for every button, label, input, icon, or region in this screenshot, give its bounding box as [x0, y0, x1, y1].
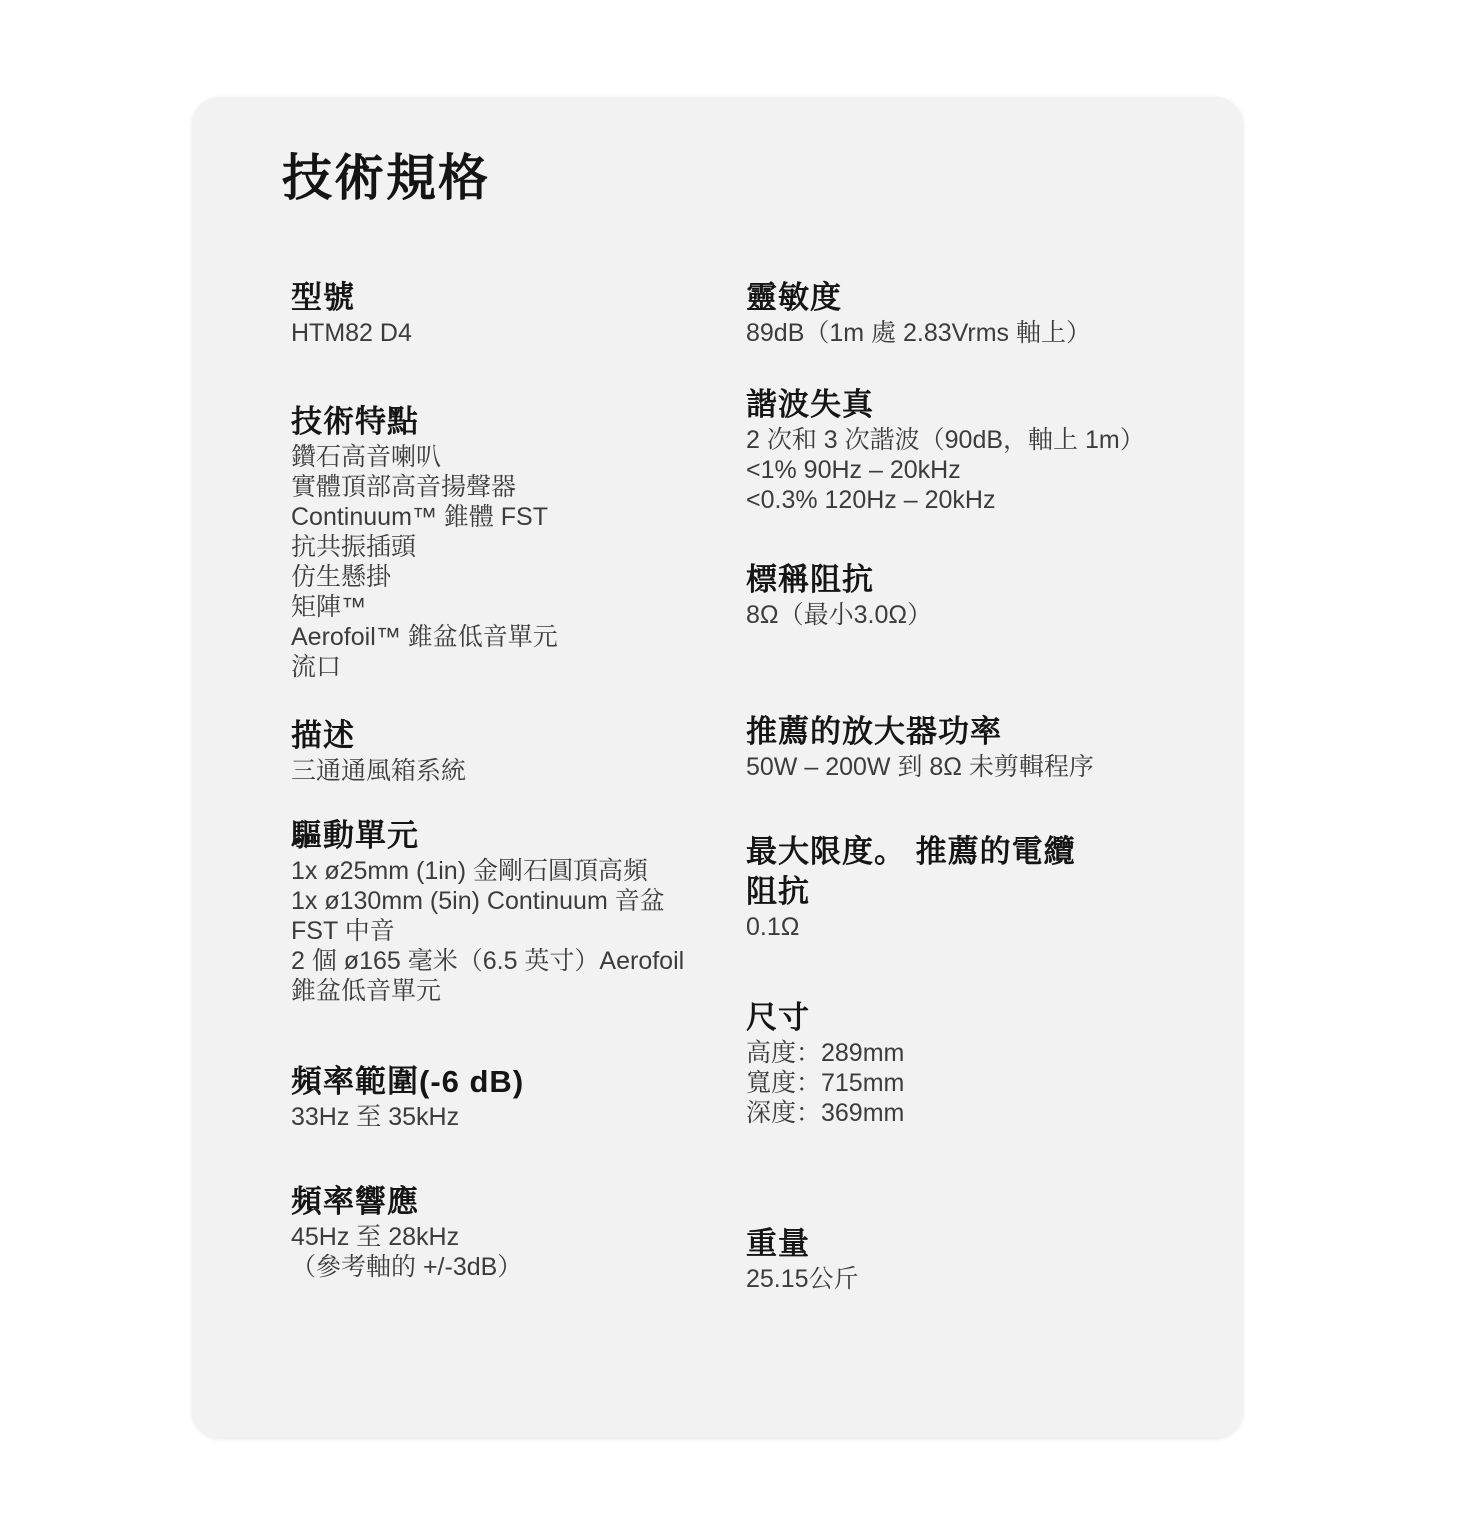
spec-section-lines: 89dB（1m 處 2.83Vrms 軸上）: [746, 318, 1141, 348]
spec-line: 仿生懸掛: [291, 562, 746, 592]
spec-line: HTM82 D4: [291, 318, 746, 348]
spec-line: 25.15公斤: [746, 1264, 1141, 1294]
spec-section: 靈敏度 89dB（1m 處 2.83Vrms 軸上）: [746, 278, 1141, 348]
spec-section-lines: 45Hz 至 28kHz（參考軸的 +/-3dB）: [291, 1222, 746, 1282]
spec-line: 高度：289mm: [746, 1038, 1141, 1068]
spec-section: 重量 25.15公斤: [746, 1224, 1141, 1294]
spec-section: 推薦的放大器功率 50W – 200W 到 8Ω 未剪輯程序: [746, 712, 1141, 782]
spec-section-lines: 1x ø25mm (1in) 金剛石圓頂高頻1x ø130mm (5in) Co…: [291, 856, 746, 1006]
spec-line: FST 中音: [291, 916, 746, 946]
spec-section-heading: 靈敏度: [746, 278, 1141, 318]
spec-section: 技術特點 鑽石高音喇叭實體頂部高音揚聲器Continuum™ 錐體 FST抗共振…: [291, 402, 746, 682]
spec-section: 尺寸 高度：289mm寬度：715mm深度：369mm: [746, 998, 1141, 1128]
spec-section-heading: 推薦的放大器功率: [746, 712, 1141, 752]
spec-line: 0.1Ω: [746, 912, 1141, 942]
spec-section: 標稱阻抗 8Ω（最小3.0Ω）: [746, 560, 1141, 630]
spec-section-heading: 諧波失真: [746, 385, 1141, 425]
spec-section-heading: 型號: [291, 278, 746, 318]
spec-line: 矩陣™: [291, 592, 746, 622]
spec-line: 50W – 200W 到 8Ω 未剪輯程序: [746, 752, 1141, 782]
spec-section-lines: 50W – 200W 到 8Ω 未剪輯程序: [746, 752, 1141, 782]
spec-section-heading: 驅動單元: [291, 816, 746, 856]
spec-line: 89dB（1m 處 2.83Vrms 軸上）: [746, 318, 1141, 348]
spec-line: 深度：369mm: [746, 1098, 1141, 1128]
spec-section-lines: HTM82 D4: [291, 318, 746, 348]
spec-line: 8Ω（最小3.0Ω）: [746, 600, 1141, 630]
spec-column-left: 型號 HTM82 D4 技術特點 鑽石高音喇叭實體頂部高音揚聲器Continuu…: [282, 278, 746, 1294]
spec-line: <0.3% 120Hz – 20kHz: [746, 485, 1141, 515]
spec-section-heading: 頻率範圍(-6 dB): [291, 1062, 746, 1102]
spec-section: 諧波失真 2 次和 3 次諧波（90dB，軸上 1m）<1% 90Hz – 20…: [746, 385, 1141, 515]
spec-section-lines: 三通通風箱系統: [291, 756, 746, 786]
spec-section: 頻率範圍(-6 dB) 33Hz 至 35kHz: [291, 1062, 746, 1132]
spec-line: （參考軸的 +/-3dB）: [291, 1252, 746, 1282]
spec-section-heading: 技術特點: [291, 402, 746, 442]
spec-line: 33Hz 至 35kHz: [291, 1102, 746, 1132]
spec-line: 鑽石高音喇叭: [291, 442, 746, 472]
spec-section-heading: 描述: [291, 716, 746, 756]
spec-line: 寬度：715mm: [746, 1068, 1141, 1098]
page-title: 技術規格: [282, 147, 1203, 209]
spec-section-heading: 頻率響應: [291, 1182, 746, 1222]
tech-specs-card: 技術規格 型號 HTM82 D4 技術特點 鑽石高音喇叭實體頂部高音揚聲器Con…: [192, 97, 1243, 1438]
spec-line: Continuum™ 錐體 FST: [291, 502, 746, 532]
spec-section-lines: 8Ω（最小3.0Ω）: [746, 600, 1141, 630]
spec-column-right: 靈敏度 89dB（1m 處 2.83Vrms 軸上） 諧波失真 2 次和 3 次…: [746, 278, 1141, 1294]
spec-section: 驅動單元 1x ø25mm (1in) 金剛石圓頂高頻1x ø130mm (5i…: [291, 816, 746, 1006]
spec-line: 抗共振插頭: [291, 532, 746, 562]
spec-line: 1x ø130mm (5in) Continuum 音盆: [291, 886, 746, 916]
spec-line: Aerofoil™ 錐盆低音單元: [291, 622, 746, 652]
spec-line: 2 個 ø165 毫米（6.5 英寸）Aerofoil: [291, 946, 746, 976]
spec-section-heading: 尺寸: [746, 998, 1141, 1038]
spec-line: 實體頂部高音揚聲器: [291, 472, 746, 502]
spec-section-lines: 33Hz 至 35kHz: [291, 1102, 746, 1132]
spec-line: 流口: [291, 652, 746, 682]
spec-line: 錐盆低音單元: [291, 976, 746, 1006]
spec-section-heading: 重量: [746, 1224, 1141, 1264]
spec-line: 1x ø25mm (1in) 金剛石圓頂高頻: [291, 856, 746, 886]
spec-line: <1% 90Hz – 20kHz: [746, 455, 1141, 485]
spec-section: 最大限度。 推薦的電纜 阻抗 0.1Ω: [746, 832, 1141, 942]
spec-section: 描述 三通通風箱系統: [291, 716, 746, 786]
spec-section-heading: 標稱阻抗: [746, 560, 1141, 600]
spec-section-heading: 最大限度。 推薦的電纜 阻抗: [746, 832, 1141, 912]
spec-section-lines: 25.15公斤: [746, 1264, 1141, 1294]
spec-section-lines: 2 次和 3 次諧波（90dB，軸上 1m）<1% 90Hz – 20kHz<0…: [746, 425, 1141, 515]
spec-columns: 型號 HTM82 D4 技術特點 鑽石高音喇叭實體頂部高音揚聲器Continuu…: [282, 278, 1203, 1294]
spec-section-lines: 0.1Ω: [746, 912, 1141, 942]
spec-line: 2 次和 3 次諧波（90dB，軸上 1m）: [746, 425, 1141, 455]
spec-section-lines: 高度：289mm寬度：715mm深度：369mm: [746, 1038, 1141, 1128]
spec-section: 頻率響應 45Hz 至 28kHz（參考軸的 +/-3dB）: [291, 1182, 746, 1282]
spec-line: 45Hz 至 28kHz: [291, 1222, 746, 1252]
spec-section: 型號 HTM82 D4: [291, 278, 746, 348]
spec-section-lines: 鑽石高音喇叭實體頂部高音揚聲器Continuum™ 錐體 FST抗共振插頭仿生懸…: [291, 442, 746, 682]
spec-line: 三通通風箱系統: [291, 756, 746, 786]
